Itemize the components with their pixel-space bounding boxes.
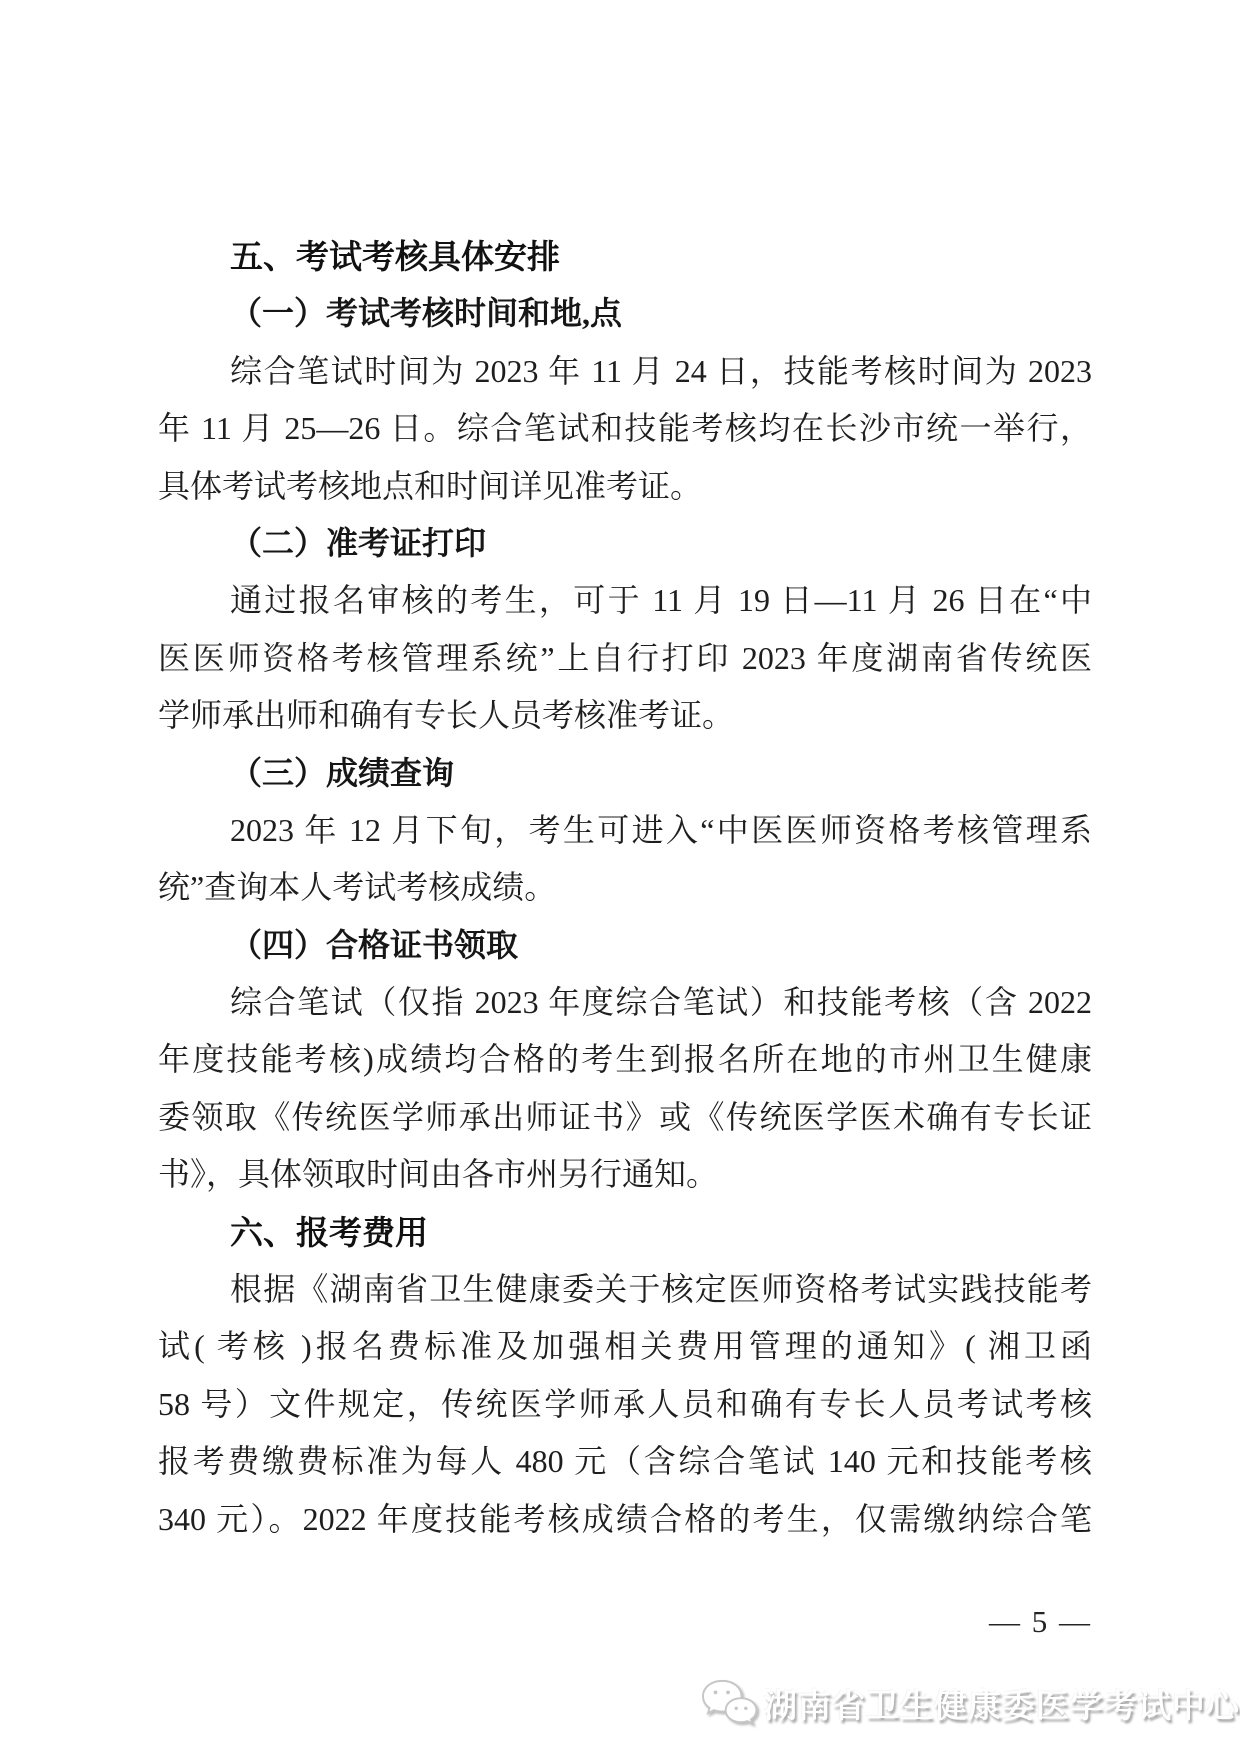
- body-line: 试( 考核 )报名费标准及加强相关费用管理的通知》( 湘卫函〔2021〕: [158, 1318, 1092, 1375]
- body-line: 学师承出师和确有专长人员考核准考证。: [158, 687, 1092, 744]
- section-heading-5-exam-arrangement: 五、考试考核具体安排: [158, 228, 1092, 285]
- body-line: 年度技能考核)成绩均合格的考生到报名所在地的市州卫生健康: [158, 1031, 1092, 1088]
- body-line: 58 号）文件规定，传统医学师承人员和确有专长人员考试考核: [158, 1376, 1092, 1433]
- body-line: 报考费缴费标准为每人 480 元（含综合笔试 140 元和技能考核: [158, 1433, 1092, 1490]
- subheading-1-time-and-place: （一）考试考核时间和地,点: [158, 285, 1092, 342]
- body-line: 年 11 月 25—26 日。综合笔试和技能考核均在长沙市统一举行，: [158, 400, 1092, 457]
- body-line: 综合笔试（仅指 2023 年度综合笔试）和技能考核（含 2022: [158, 974, 1092, 1031]
- body-line: 具体考试考核地点和时间详见准考证。: [158, 458, 1092, 515]
- body-line: 委领取《传统医学师承出师证书》或《传统医学医术确有专长证: [158, 1089, 1092, 1146]
- footer-watermark-label: 湖南省卫生健康委医学考试中心: [764, 1680, 1240, 1727]
- subheading-4-certificate-collection: （四）合格证书领取: [158, 917, 1092, 974]
- page-number: — 5 —: [989, 1600, 1092, 1644]
- document-body: 五、考试考核具体安排 （一）考试考核时间和地,点 综合笔试时间为 2023 年 …: [158, 228, 1092, 1548]
- body-line: 2023 年 12 月下旬，考生可进入“中医医师资格考核管理系: [158, 802, 1092, 859]
- body-line: 统”查询本人考试考核成绩。: [158, 859, 1092, 916]
- subheading-2-admission-ticket-print: （二）准考证打印: [158, 515, 1092, 572]
- body-line: 340 元）。2022 年度技能考核成绩合格的考生，仅需缴纳综合笔: [158, 1491, 1092, 1548]
- wechat-icon: [700, 1677, 758, 1729]
- body-line: 通过报名审核的考生，可于 11 月 19 日—11 月 26 日在“中: [158, 572, 1092, 629]
- subheading-3-score-query: （三）成绩查询: [158, 745, 1092, 802]
- body-line: 综合笔试时间为 2023 年 11 月 24 日，技能考核时间为 2023: [158, 343, 1092, 400]
- section-heading-6-exam-fees: 六、报考费用: [158, 1204, 1092, 1261]
- body-line: 医医师资格考核管理系统”上自行打印 2023 年度湖南省传统医: [158, 630, 1092, 687]
- footer-watermark: 湖南省卫生健康委医学考试中心: [700, 1668, 1240, 1738]
- body-line: 根据《湖南省卫生健康委关于核定医师资格考试实践技能考: [158, 1261, 1092, 1318]
- body-line: 书》，具体领取时间由各市州另行通知。: [158, 1146, 1092, 1203]
